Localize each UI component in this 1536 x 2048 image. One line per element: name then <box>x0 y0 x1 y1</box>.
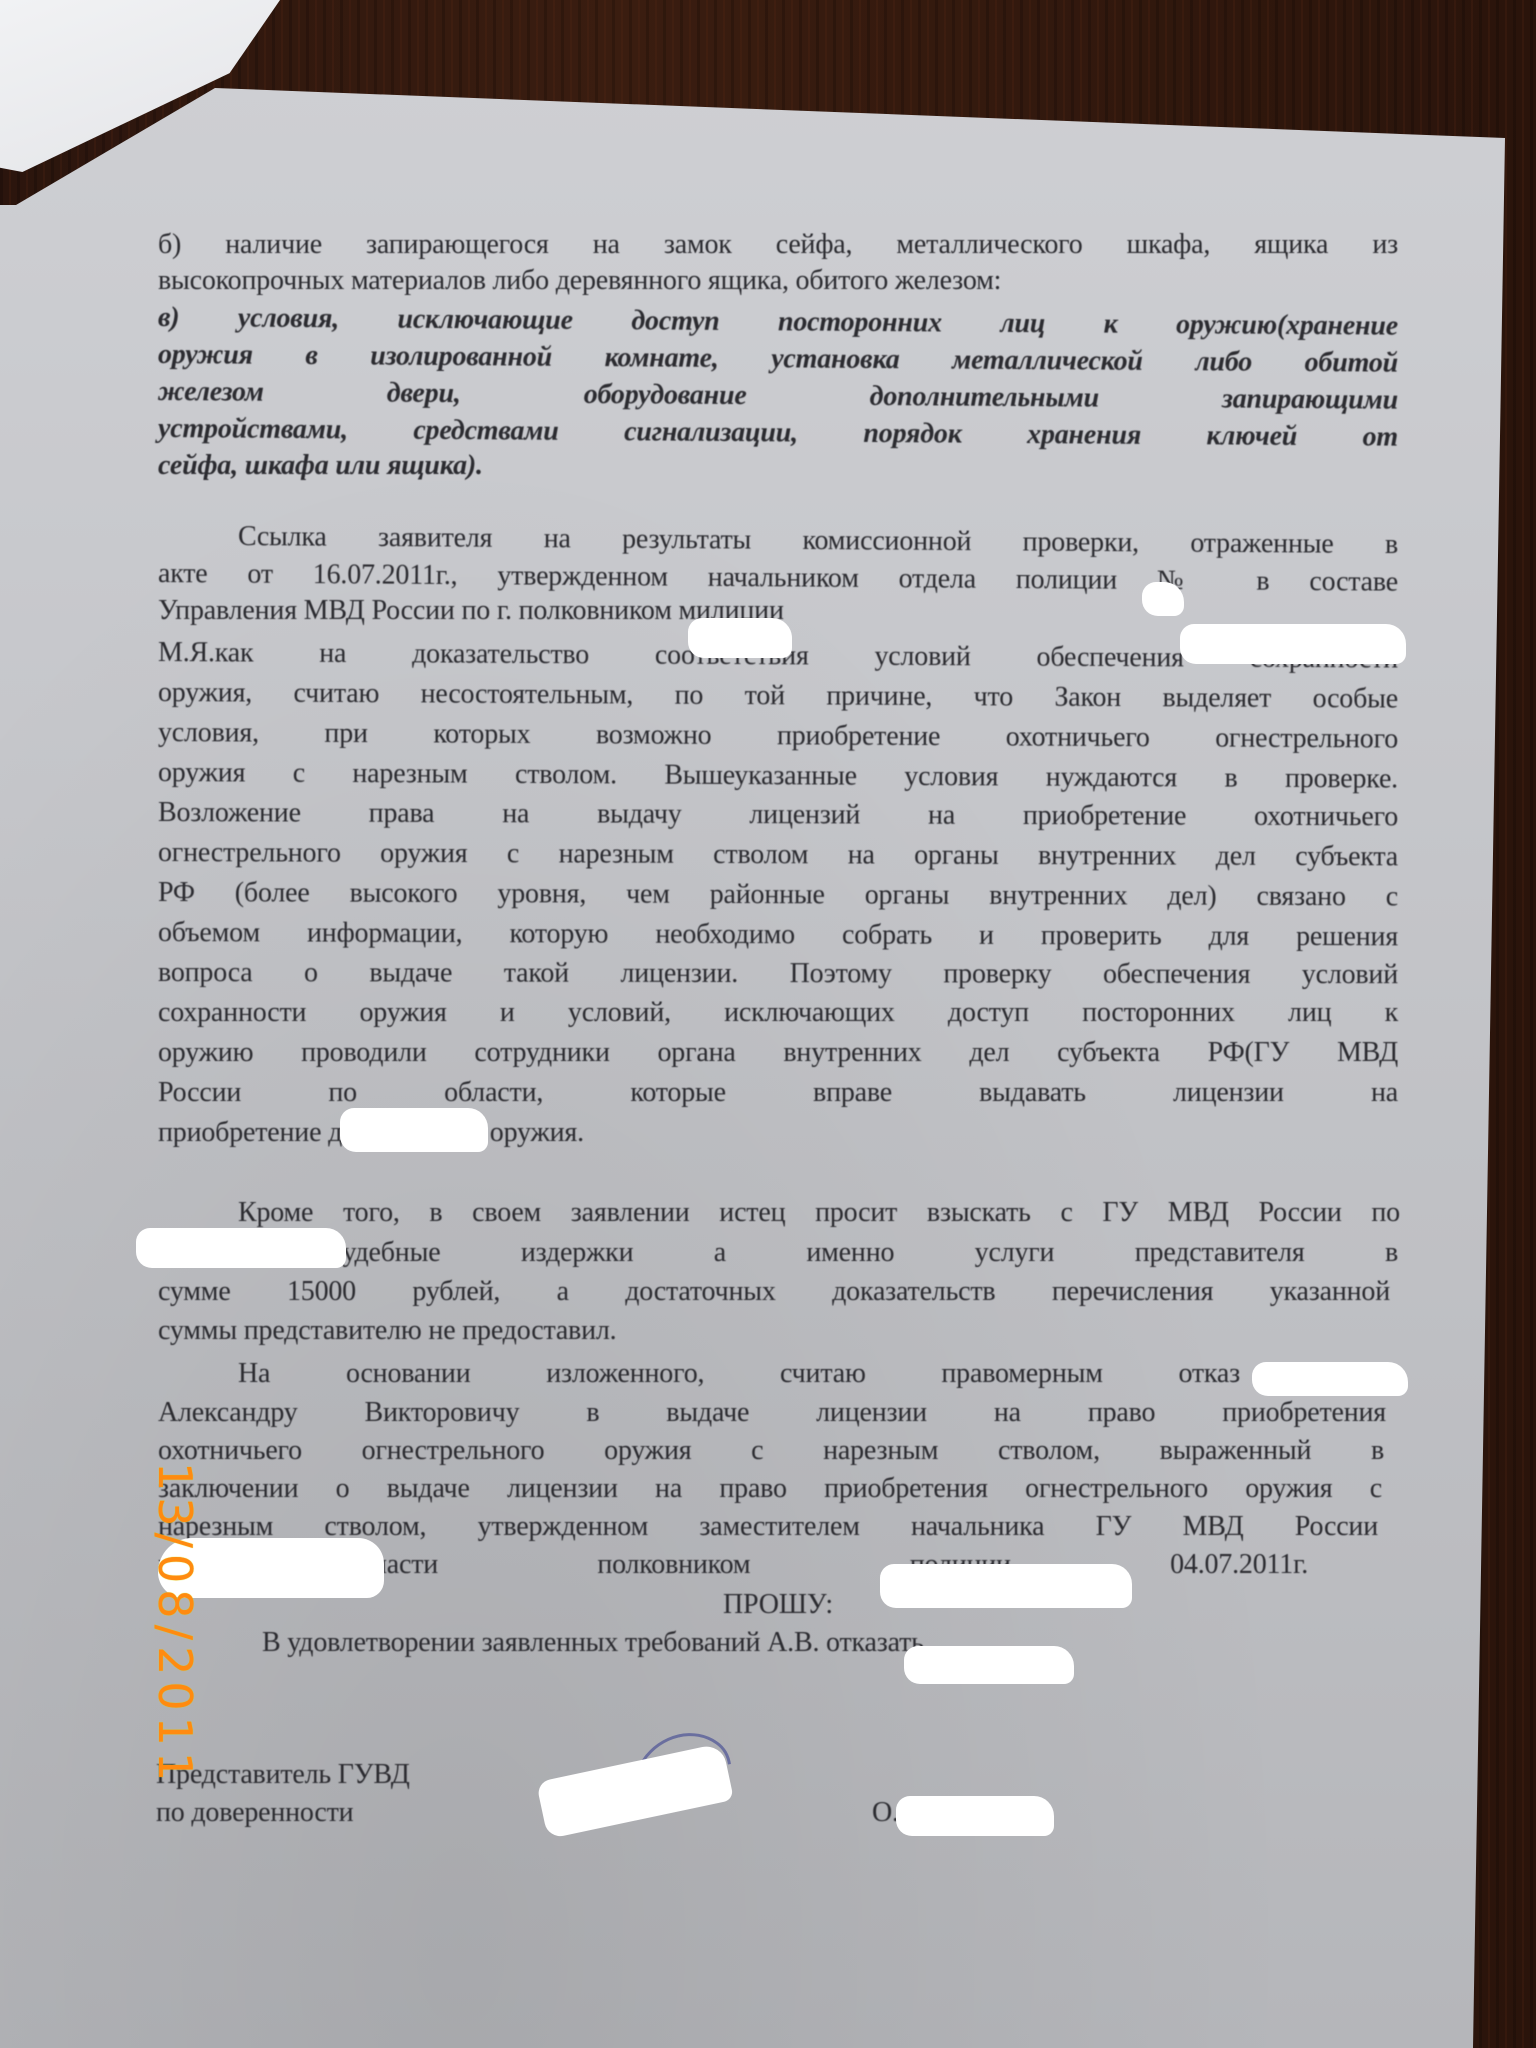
redaction-blob <box>1142 582 1184 616</box>
text-line-16: огнестрельного оружия с нарезным стволом… <box>158 836 1398 874</box>
redaction-blob <box>1180 624 1406 664</box>
text-line-22: России по области, которые вправе выдава… <box>158 1076 1398 1110</box>
redaction-blob <box>688 618 792 658</box>
text-line-17: РФ (более высокого уровня, чем районные … <box>158 876 1398 914</box>
text-line-24: Кроме того, в своем заявлении истец прос… <box>238 1196 1400 1230</box>
representative-proxy: по доверенности <box>156 1796 556 1830</box>
text-line-26: сумме 15000 рублей, а достаточных доказа… <box>158 1275 1390 1309</box>
text-line-1: б) наличие запирающегося на замок сейфа,… <box>158 228 1398 262</box>
redaction-blob <box>1252 1362 1408 1396</box>
text-line-15: Возложение права на выдачу лицензий на п… <box>158 796 1398 834</box>
text-line-20: сохранности оружия и условий, исключающи… <box>158 996 1398 1030</box>
text-line-27: суммы представителю не предоставил. <box>158 1314 1398 1348</box>
redaction-blob <box>880 1564 1132 1608</box>
text-line-7: сейфа, шкафа или ящика). <box>158 449 1398 483</box>
redaction-blob <box>896 1796 1054 1836</box>
representative-role: Представитель ГУВД <box>156 1758 556 1792</box>
redaction-blob <box>340 1108 488 1152</box>
redaction-blob <box>136 1228 346 1268</box>
text-line-31: заключении о выдаче лицензии на право пр… <box>158 1472 1382 1506</box>
text-line-28: На основании изложенного, считаю правоме… <box>238 1357 1240 1391</box>
text-line-29: Александру Викторовичу в выдаче лицензии… <box>158 1396 1386 1430</box>
redaction-blob <box>904 1646 1074 1684</box>
text-line-18: объемом информации, которую необходимо с… <box>158 916 1398 954</box>
text-line-19: вопроса о выдаче такой лицензии. Поэтому… <box>158 956 1398 992</box>
request-text: В удовлетворении заявленных требований А… <box>262 1626 1282 1660</box>
text-line-13: условия, при которых возможно приобретен… <box>158 716 1398 756</box>
text-line-2: высокопрочных материалов либо деревянног… <box>158 264 1308 298</box>
camera-date-stamp: 13/08/2011 <box>148 1462 202 1787</box>
text-line-14: оружия с нарезным стволом. Вышеуказанные… <box>158 756 1398 796</box>
text-line-21: оружию проводили сотрудники органа внутр… <box>158 1036 1398 1070</box>
text-line-30: охотничьего огнестрельного оружия с наре… <box>158 1434 1384 1468</box>
text-line-12: оружия, считаю несостоятельным, по той п… <box>158 676 1398 716</box>
